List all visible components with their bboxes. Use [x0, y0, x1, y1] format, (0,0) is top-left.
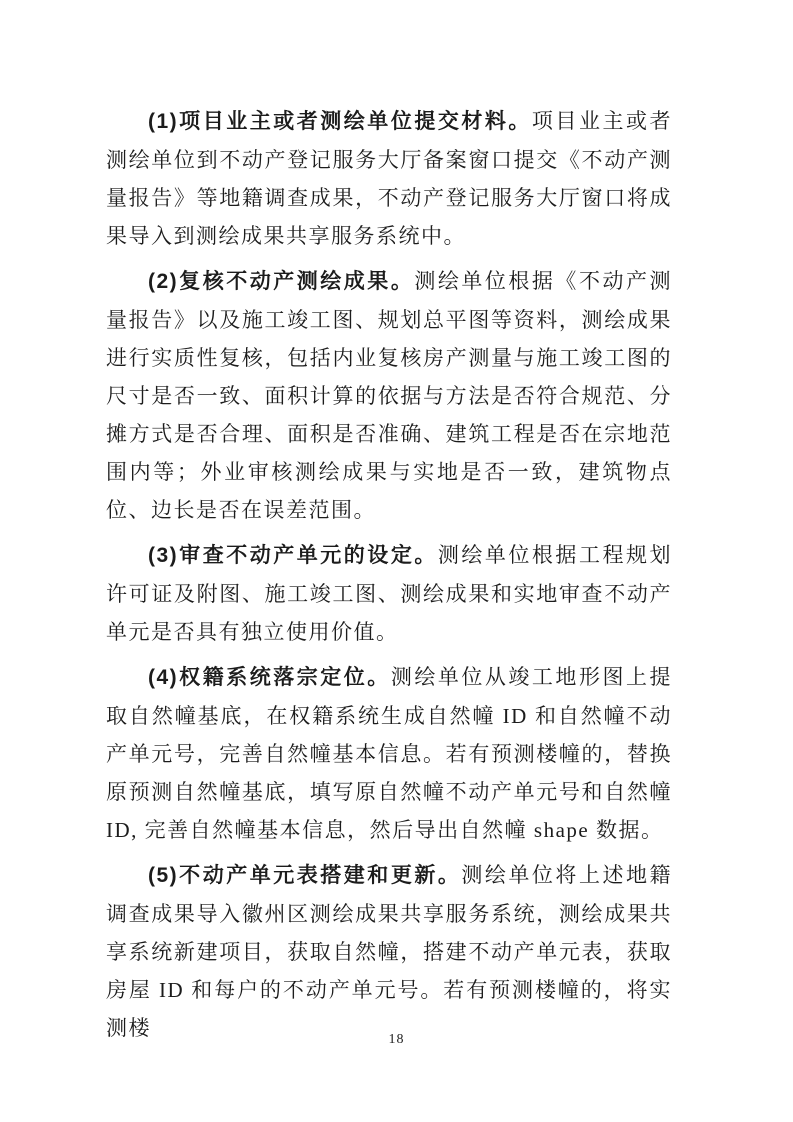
document-page: (1)项目业主或者测绘单位提交材料。项目业主或者测绘单位到不动产登记服务大厅备案…: [0, 0, 793, 1122]
paragraph-1: (1)项目业主或者测绘单位提交材料。项目业主或者测绘单位到不动产登记服务大厅备案…: [106, 102, 672, 255]
paragraph-1-lead: (1)项目业主或者测绘单位提交材料。: [148, 110, 532, 133]
paragraph-5-body: 测绘单位将上述地籍调查成果导入徽州区测绘成果共享服务系统，测绘成果共享系统新建项…: [106, 863, 672, 1040]
paragraph-3: (3)审查不动产单元的设定。测绘单位根据工程规划许可证及附图、施工竣工图、测绘成…: [106, 536, 672, 651]
paragraph-4: (4)权籍系统落宗定位。测绘单位从竣工地形图上提取自然幢基底，在权籍系统生成自然…: [106, 658, 672, 849]
paragraph-2: (2)复核不动产测绘成果。测绘单位根据《不动产测量报告》以及施工竣工图、规划总平…: [106, 262, 672, 529]
paragraph-2-body: 测绘单位根据《不动产测量报告》以及施工竣工图、规划总平图等资料，测绘成果进行实质…: [106, 269, 672, 522]
paragraph-5-lead: (5)不动产单元表搭建和更新。: [148, 864, 461, 887]
paragraph-5: (5)不动产单元表搭建和更新。测绘单位将上述地籍调查成果导入徽州区测绘成果共享服…: [106, 856, 672, 1047]
paragraph-3-lead: (3)审查不动产单元的设定。: [148, 544, 438, 567]
text-block: (1)项目业主或者测绘单位提交材料。项目业主或者测绘单位到不动产登记服务大厅备案…: [106, 102, 672, 1054]
page-number: 18: [0, 1032, 793, 1048]
paragraph-4-body: 测绘单位从竣工地形图上提取自然幢基底，在权籍系统生成自然幢 ID 和自然幢不动产…: [106, 665, 672, 842]
paragraph-4-lead: (4)权籍系统落宗定位。: [148, 666, 391, 689]
paragraph-2-lead: (2)复核不动产测绘成果。: [148, 270, 414, 293]
